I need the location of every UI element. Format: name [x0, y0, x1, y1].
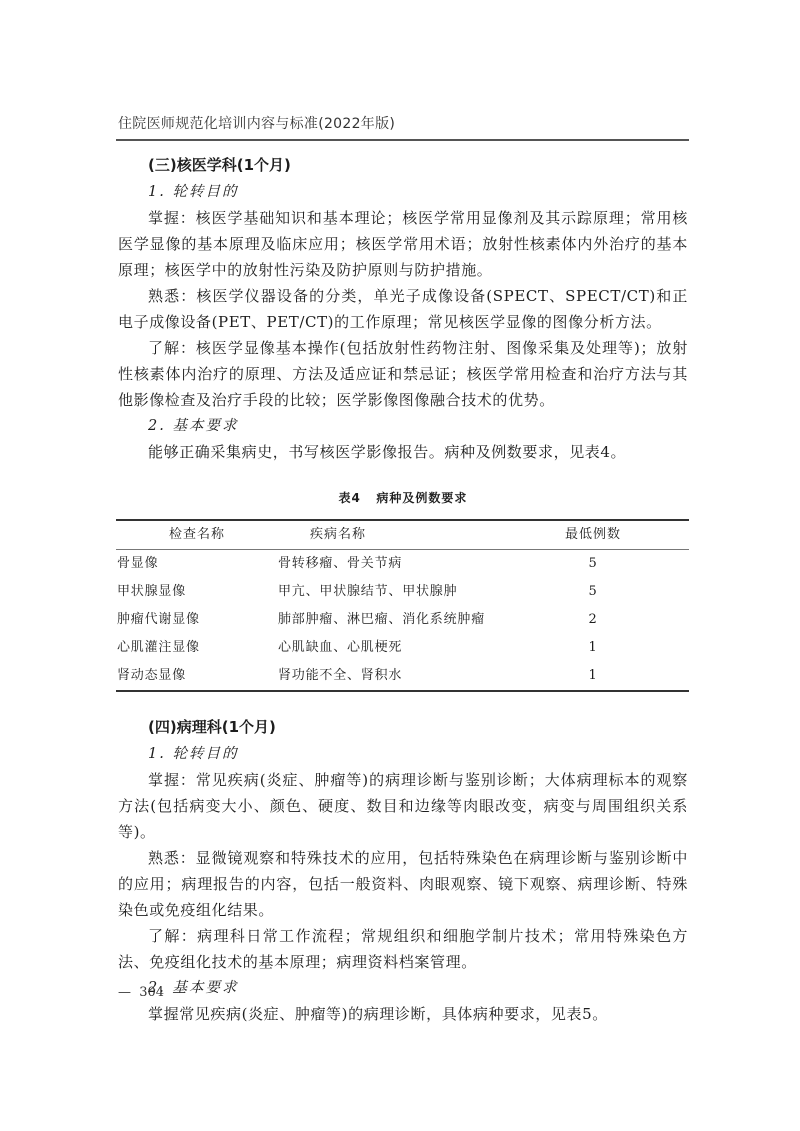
table-caption: 表4 病种及例数要求: [118, 485, 688, 511]
cell-exam: 肾动态显像: [116, 662, 278, 691]
sub-heading-basic-requirements: 2. 基本要求: [118, 975, 688, 1001]
paragraph-master: 掌握：常见疾病(炎症、肿瘤等)的病理诊断与鉴别诊断；大体病理标本的观察方法(包括…: [118, 767, 688, 845]
paragraph-requirement: 掌握常见疾病(炎症、肿瘤等)的病理诊断，具体病种要求，见表5。: [118, 1001, 688, 1027]
header-disease-name: 疾病名称: [278, 520, 532, 550]
section-gap: [118, 692, 688, 714]
cell-exam: 骨显像: [116, 550, 278, 579]
cell-disease: 心肌缺血、心肌梗死: [278, 634, 532, 662]
cell-exam: 肿瘤代谢显像: [116, 606, 278, 634]
cell-disease: 骨转移瘤、骨关节病: [278, 550, 532, 579]
section-nuclear-medicine: (三)核医学科(1个月) 1. 轮转目的 掌握：核医学基础知识和基本理论；核医学…: [118, 152, 688, 465]
cell-min-cases: 5: [532, 578, 689, 606]
cell-min-cases: 1: [532, 634, 689, 662]
table-row: 甲状腺显像 甲亢、甲状腺结节、甲状腺肿 5: [116, 578, 689, 606]
cell-disease: 肾功能不全、肾积水: [278, 662, 532, 691]
table-row: 心肌灌注显像 心肌缺血、心肌梗死 1: [116, 634, 689, 662]
sub-heading-rotation-goals: 1. 轮转目的: [118, 179, 688, 205]
sub-heading-rotation-goals: 1. 轮转目的: [118, 741, 688, 767]
section-pathology: (四)病理科(1个月) 1. 轮转目的 掌握：常见疾病(炎症、肿瘤等)的病理诊断…: [118, 714, 688, 1027]
cell-disease: 肺部肿瘤、淋巴瘤、消化系统肿瘤: [278, 606, 532, 634]
cell-exam: 甲状腺显像: [116, 578, 278, 606]
header-rule: [116, 139, 689, 141]
cell-disease: 甲亢、甲状腺结节、甲状腺肿: [278, 578, 532, 606]
page-number: — 304 —: [118, 985, 185, 1000]
paragraph-familiar: 熟悉：显微镜观察和特殊技术的应用，包括特殊染色在病理诊断与鉴别诊断中的应用；病理…: [118, 845, 688, 923]
running-header: 住院医师规范化培训内容与标准(2022年版): [118, 113, 688, 133]
header-min-cases: 最低例数: [532, 520, 689, 550]
table-row: 骨显像 骨转移瘤、骨关节病 5: [116, 550, 689, 579]
table-header-row: 检查名称 疾病名称 最低例数: [116, 520, 689, 550]
cell-min-cases: 2: [532, 606, 689, 634]
table-row: 肿瘤代谢显像 肺部肿瘤、淋巴瘤、消化系统肿瘤 2: [116, 606, 689, 634]
disease-requirements-table: 检查名称 疾病名称 最低例数 骨显像 骨转移瘤、骨关节病 5 甲状腺显像 甲亢、…: [116, 519, 689, 692]
table-row: 肾动态显像 肾功能不全、肾积水 1: [116, 662, 689, 691]
cell-exam: 心肌灌注显像: [116, 634, 278, 662]
paragraph-requirement: 能够正确采集病史，书写核医学影像报告。病种及例数要求，见表4。: [118, 439, 688, 465]
paragraph-master: 掌握：核医学基础知识和基本理论；核医学常用显像剂及其示踪原理；常用核医学显像的基…: [118, 205, 688, 283]
page-content: (三)核医学科(1个月) 1. 轮转目的 掌握：核医学基础知识和基本理论；核医学…: [118, 152, 688, 1027]
sub-heading-basic-requirements: 2. 基本要求: [118, 413, 688, 439]
section-heading: (四)病理科(1个月): [118, 714, 688, 741]
header-exam-name: 检查名称: [116, 520, 278, 550]
section-heading: (三)核医学科(1个月): [118, 152, 688, 179]
cell-min-cases: 5: [532, 550, 689, 579]
paragraph-familiar: 熟悉：核医学仪器设备的分类，单光子成像设备(SPECT、SPECT/CT)和正电…: [118, 283, 688, 335]
paragraph-understand: 了解：病理科日常工作流程；常规组织和细胞学制片技术；常用特殊染色方法、免疫组化技…: [118, 923, 688, 975]
paragraph-understand: 了解：核医学显像基本操作(包括放射性药物注射、图像采集及处理等)；放射性核素体内…: [118, 335, 688, 413]
cell-min-cases: 1: [532, 662, 689, 691]
